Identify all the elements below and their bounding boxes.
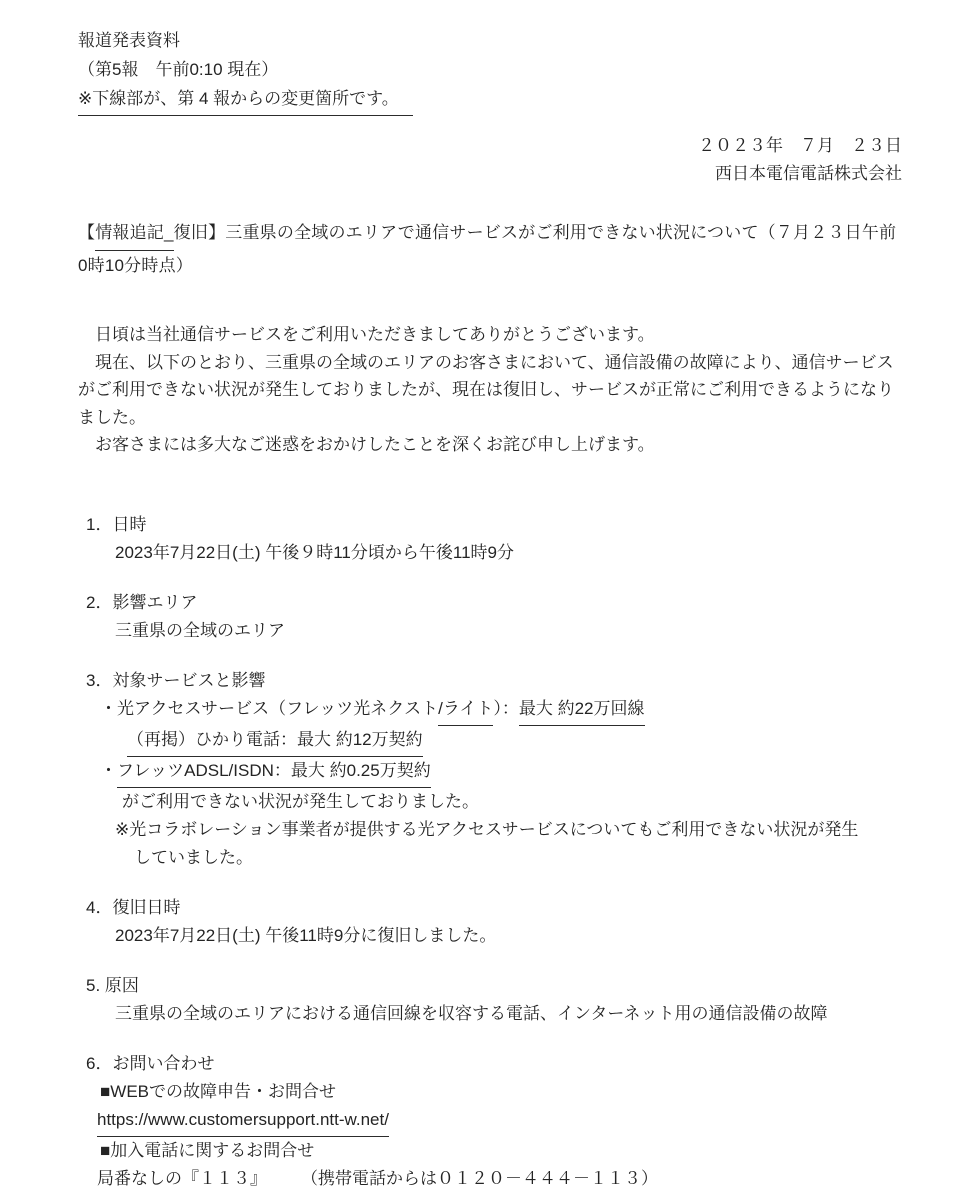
section-datetime-heading: 1．日時 (86, 511, 902, 539)
services-bullet-adsl: ・フレッツADSL/ISDN：最大 約0.25万契約 (100, 757, 902, 788)
title-rest: 復旧】三重県の全域のエリアで通信サービスがご利用できない状況について（７月２３日… (78, 223, 896, 275)
services-bullet-optical-separator: ）： (493, 699, 519, 718)
report-status: （第5報 午前0:10 現在） (78, 55, 902, 84)
section-affected-area-body: 三重県の全域のエリア (115, 617, 902, 645)
section-restoration-heading: 4．復旧日時 (86, 894, 902, 922)
section-restoration-body: 2023年7月22日(土) 午後11時9分に復旧しました。 (115, 922, 902, 950)
document-title: 【情報追記_復旧】三重県の全域のエリアで通信サービスがご利用できない状況について… (78, 218, 902, 281)
section-affected-area: 2．影響エリア 三重県の全域のエリア (78, 589, 902, 645)
services-hikari-denwa-line: （再掲）ひかり電話：最大 約12万契約 (127, 726, 902, 757)
section-services: 3．対象サービスと影響 ・光アクセスサービス（フレッツ光ネクスト/ライト）：最大… (78, 667, 902, 872)
intro-paragraph-apology: お客さまには多大なご迷惑をおかけしたことを深くお詫び申し上げます。 (78, 431, 902, 459)
section-cause-body: 三重県の全域のエリアにおける通信回線を収容する電話、インターネット用の通信設備の… (115, 1000, 902, 1028)
intro-paragraph-greeting: 日頃は当社通信サービスをご利用いただきましてありがとうございます。 (78, 321, 902, 349)
title-open-bracket: 【 (78, 223, 95, 242)
contact-web-url-line: https://www.customersupport.ntt-w.net/ (97, 1106, 902, 1137)
services-bullet-optical: ・光アクセスサービス（フレッツ光ネクスト/ライト）：最大 約22万回線 (100, 695, 902, 726)
intro-paragraph-situation: 現在、以下のとおり、三重県の全域のエリアのお客さまにおいて、通信設備の故障により… (78, 349, 902, 432)
services-collaboration-note-line1: ※光コラボレーション事業者が提供する光アクセスサービスについてもご利用できない状… (115, 816, 902, 844)
services-bullet-optical-underline-light: /ライト (438, 695, 493, 726)
section-datetime-body: 2023年7月22日(土) 午後９時11分頃から午後11時9分 (115, 539, 902, 567)
release-date: ２０２３年 ７月 ２３日 (78, 132, 902, 160)
services-collaboration-note-line2: していました。 (134, 844, 902, 872)
contact-phone-line: 局番なしの『１１３』 （携帯電話からは０１２０－４４４－１１３） (97, 1165, 902, 1193)
section-affected-area-heading: 2．影響エリア (86, 589, 902, 617)
services-bullet-adsl-marker: ・ (100, 761, 117, 780)
title-underlined-segment: 情報追記_ (95, 218, 173, 251)
section-services-heading: 3．対象サービスと影響 (86, 667, 902, 695)
contact-phone-label: ■加入電話に関するお問合せ (100, 1137, 902, 1165)
revision-note: ※下線部が、第 4 報からの変更箇所です。 (78, 84, 413, 116)
section-cause: 5. 原因 三重県の全域のエリアにおける通信回線を収容する電話、インターネット用… (78, 972, 902, 1028)
section-contact: 6．お問い合わせ ■WEBでの故障申告・お問合せ https://www.cus… (78, 1050, 902, 1193)
press-release-page: 報道発表資料 （第5報 午前0:10 現在） ※下線部が、第 4 報からの変更箇… (0, 0, 964, 1200)
services-bullet-optical-underline-count: 最大 約22万回線 (519, 695, 645, 726)
document-header: 報道発表資料 （第5報 午前0:10 現在） ※下線部が、第 4 報からの変更箇… (78, 26, 902, 116)
document-meta: ２０２３年 ７月 ２３日 西日本電信電話株式会社 (78, 132, 902, 188)
services-bullet-adsl-underline: フレッツADSL/ISDN：最大 約0.25万契約 (117, 757, 431, 788)
services-outage-statement: がご利用できない状況が発生しておりました。 (122, 788, 902, 816)
revision-note-line: ※下線部が、第 4 報からの変更箇所です。 (78, 84, 902, 116)
support-url-link[interactable]: https://www.customersupport.ntt-w.net/ (97, 1106, 389, 1137)
intro-paragraphs: 日頃は当社通信サービスをご利用いただきましてありがとうございます。 現在、以下の… (78, 321, 902, 459)
section-datetime: 1．日時 2023年7月22日(土) 午後９時11分頃から午後11時9分 (78, 511, 902, 567)
company-name: 西日本電信電話株式会社 (78, 160, 902, 188)
services-bullet-optical-text: ・光アクセスサービス（フレッツ光ネクスト (100, 699, 438, 718)
doc-type-label: 報道発表資料 (78, 26, 902, 55)
section-cause-heading: 5. 原因 (86, 972, 902, 1000)
section-contact-heading: 6．お問い合わせ (86, 1050, 902, 1078)
contact-web-label: ■WEBでの故障申告・お問合せ (100, 1078, 902, 1106)
section-restoration: 4．復旧日時 2023年7月22日(土) 午後11時9分に復旧しました。 (78, 894, 902, 950)
services-hikari-denwa-underline: （再掲）ひかり電話：最大 約12万契約 (127, 726, 423, 757)
